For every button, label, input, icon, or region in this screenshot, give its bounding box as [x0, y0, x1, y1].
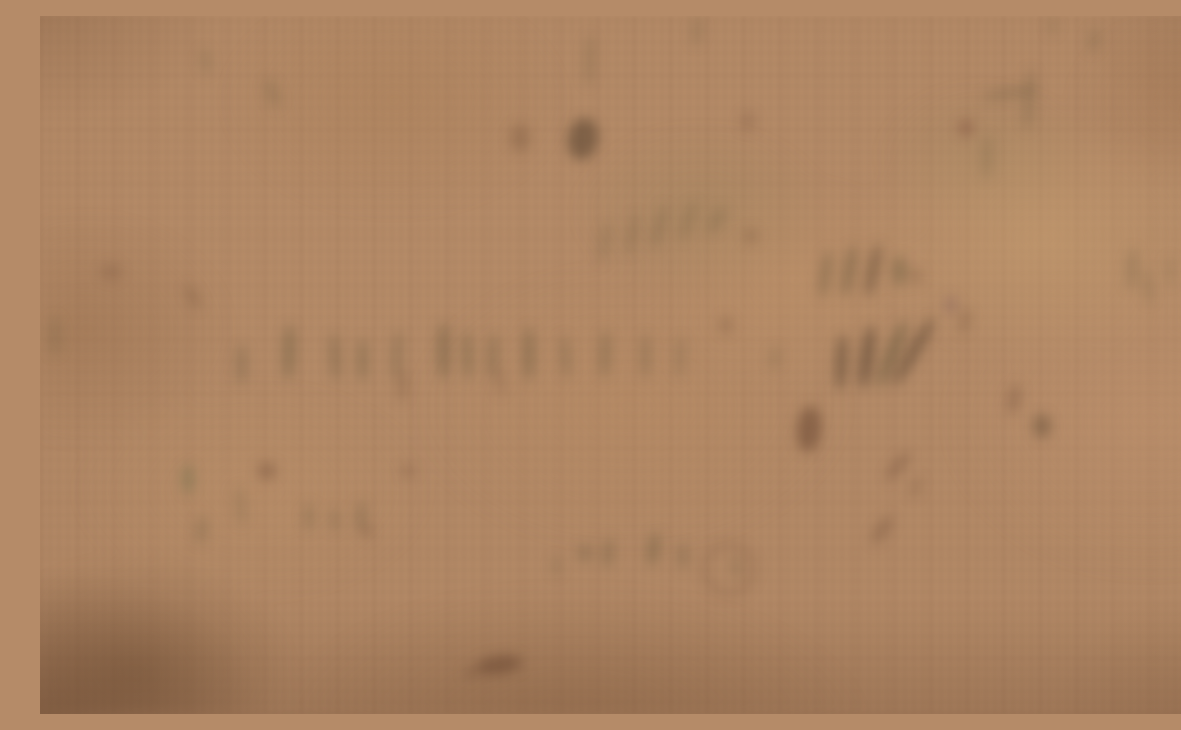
manuscript-photo: Out-of-focus close-up photograph of an a…: [40, 16, 1181, 714]
vignette-layer: [40, 16, 1181, 714]
